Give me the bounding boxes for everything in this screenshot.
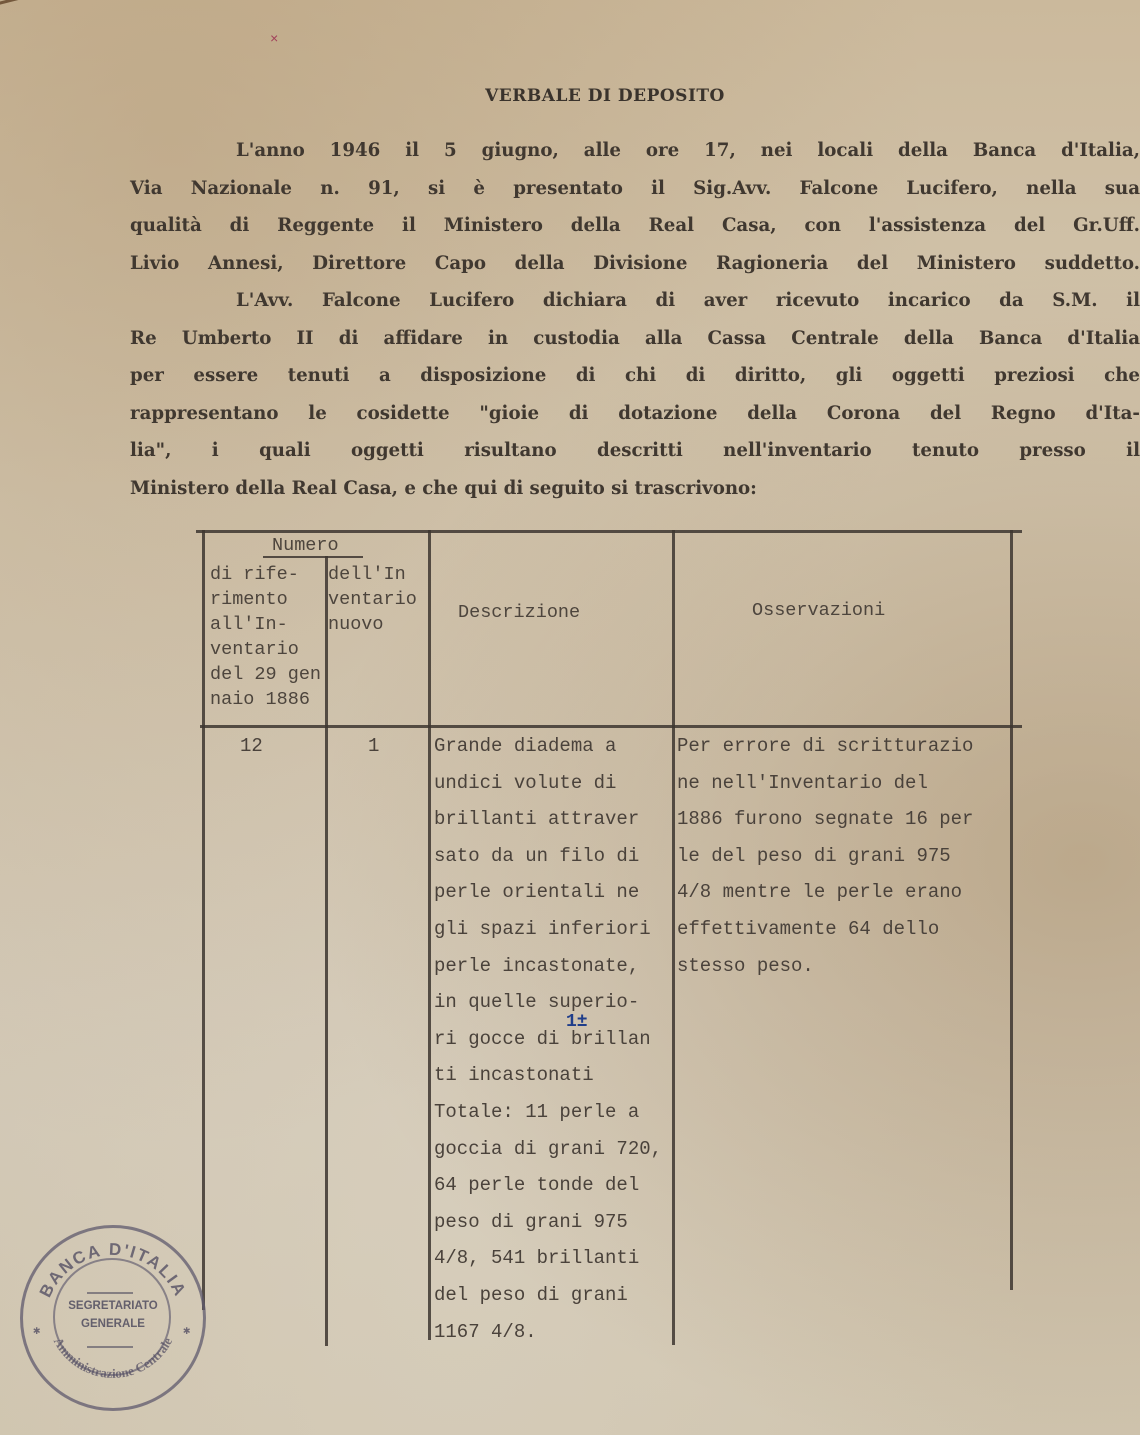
- header-descrizione: Descrizione: [458, 600, 580, 625]
- header-osservazioni: Osservazioni: [752, 598, 885, 623]
- col-divider-1: [325, 556, 328, 1346]
- col-divider-2: [428, 530, 431, 1340]
- svg-text:Amministrazione Centrale: Amministrazione Centrale: [51, 1335, 175, 1381]
- table-left-border: [202, 530, 205, 1310]
- cell-osservazioni: Per errore di scritturazio ne nell'Inven…: [677, 728, 973, 984]
- col-divider-3: [672, 530, 675, 1345]
- handwritten-annotation: 1±: [566, 1012, 588, 1032]
- inventory-table: Numero di rife- rimento all'In- ventario…: [0, 0, 1140, 1435]
- stamp-center-line-2: GENERALE: [23, 1318, 203, 1330]
- stamp-bottom-text: Amministrazione Centrale: [51, 1335, 175, 1381]
- stamp-dash: [87, 1292, 133, 1295]
- table-right-border: [1010, 530, 1013, 1290]
- cell-ref-1886: 12: [240, 728, 263, 765]
- header-ref-1886: di rife- rimento all'In- ventario del 29…: [210, 562, 321, 712]
- cell-descrizione: Grande diadema a undici volute di brilla…: [434, 728, 662, 1350]
- bank-stamp: BANCA D'ITALIA Amministrazione Centrale …: [20, 1225, 206, 1411]
- header-numero: Numero: [272, 533, 339, 558]
- stamp-center-line-1: SEGRETARIATO: [23, 1300, 203, 1312]
- header-inv-nuovo: dell'In ventario nuovo: [328, 562, 417, 637]
- stamp-dash: [87, 1346, 133, 1349]
- cell-inv-nuovo: 1: [368, 728, 379, 765]
